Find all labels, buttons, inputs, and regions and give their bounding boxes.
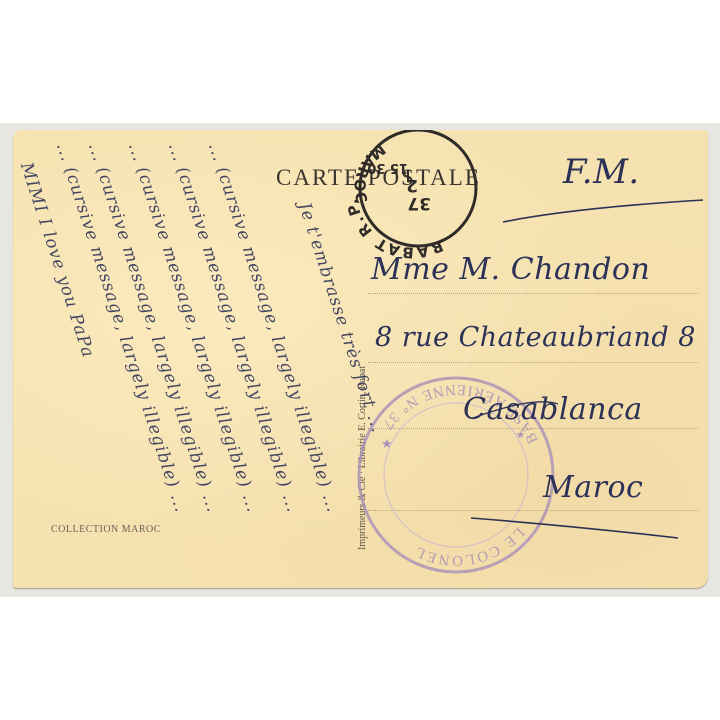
postcard: CARTE POSTALE COLLECTION MAROC Imprimeur… xyxy=(13,130,708,588)
